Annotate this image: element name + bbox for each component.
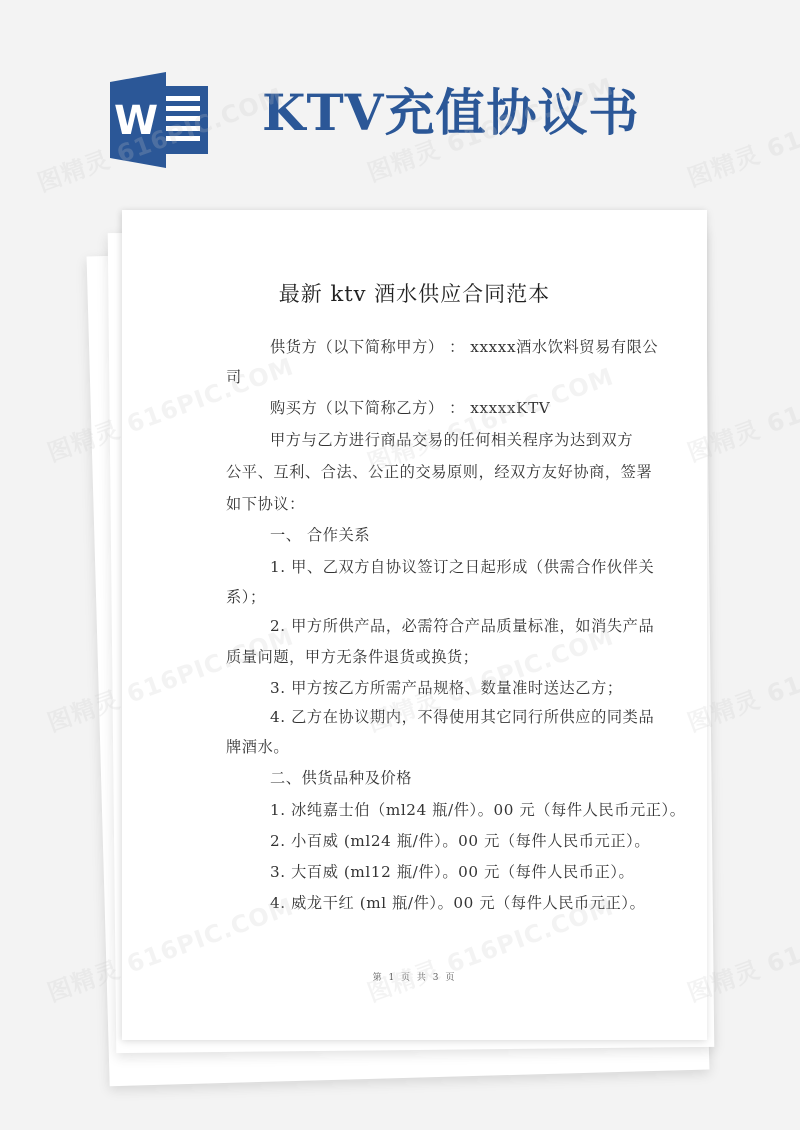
- word-icon-letter: W: [114, 98, 158, 144]
- document-line: 4. 威龙干红 (ml 瓶/件）。00 元（每件人民币元正）。: [270, 893, 645, 913]
- document-line: 一、 合作关系: [270, 525, 370, 545]
- document-line: 如下协议：: [226, 494, 305, 514]
- document-line: 2. 甲方所供产品，必需符合产品质量标准，如消失产品: [270, 616, 654, 636]
- document-line: 4. 乙方在协议期内，不得使用其它同行所供应的同类品: [270, 707, 654, 727]
- document-line: 供货方（以下简称甲方） ： xxxxx酒水饮料贸易有限公: [270, 337, 658, 357]
- document-page: 最新 ktv 酒水供应合同范本 供货方（以下简称甲方） ： xxxxx酒水饮料贸…: [122, 210, 707, 1040]
- document-line: 1. 甲、乙双方自协议签订之日起形成（供需合作伙伴关: [270, 557, 654, 577]
- document-line: 二、供货品种及价格: [270, 768, 412, 788]
- document-line: 牌酒水。: [226, 737, 289, 757]
- document-line: 公平、互利、合法、公正的交易原则，经双方友好协商，签署: [226, 462, 652, 482]
- document-line: 购买方（以下简称乙方） ： xxxxxKTV: [270, 398, 550, 418]
- header-banner: W KTV充值协议书: [0, 0, 800, 200]
- page-number-footer: 第 1 页 共 3 页: [122, 970, 707, 983]
- document-title: 最新 ktv 酒水供应合同范本: [122, 278, 707, 308]
- document-line: 3. 甲方按乙方所需产品规格、数量准时送达乙方；: [270, 678, 623, 698]
- document-line: 甲方与乙方进行商品交易的任何相关程序为达到双方: [270, 430, 633, 450]
- document-line: 质量问题，甲方无条件退货或换货；: [226, 647, 479, 667]
- header-title: KTV充值协议书: [262, 78, 639, 148]
- document-line: 系）；: [226, 587, 266, 607]
- word-document-icon: W: [110, 72, 210, 168]
- document-line: 司: [226, 367, 242, 387]
- document-line: 3. 大百威 (ml12 瓶/件）。00 元（每件人民币正）。: [270, 862, 634, 882]
- document-line: 1. 冰纯嘉士伯（ml24 瓶/件）。00 元（每件人民币元正）。: [270, 800, 686, 820]
- document-line: 2. 小百威 (ml24 瓶/件）。00 元（每件人民币元正）。: [270, 831, 650, 851]
